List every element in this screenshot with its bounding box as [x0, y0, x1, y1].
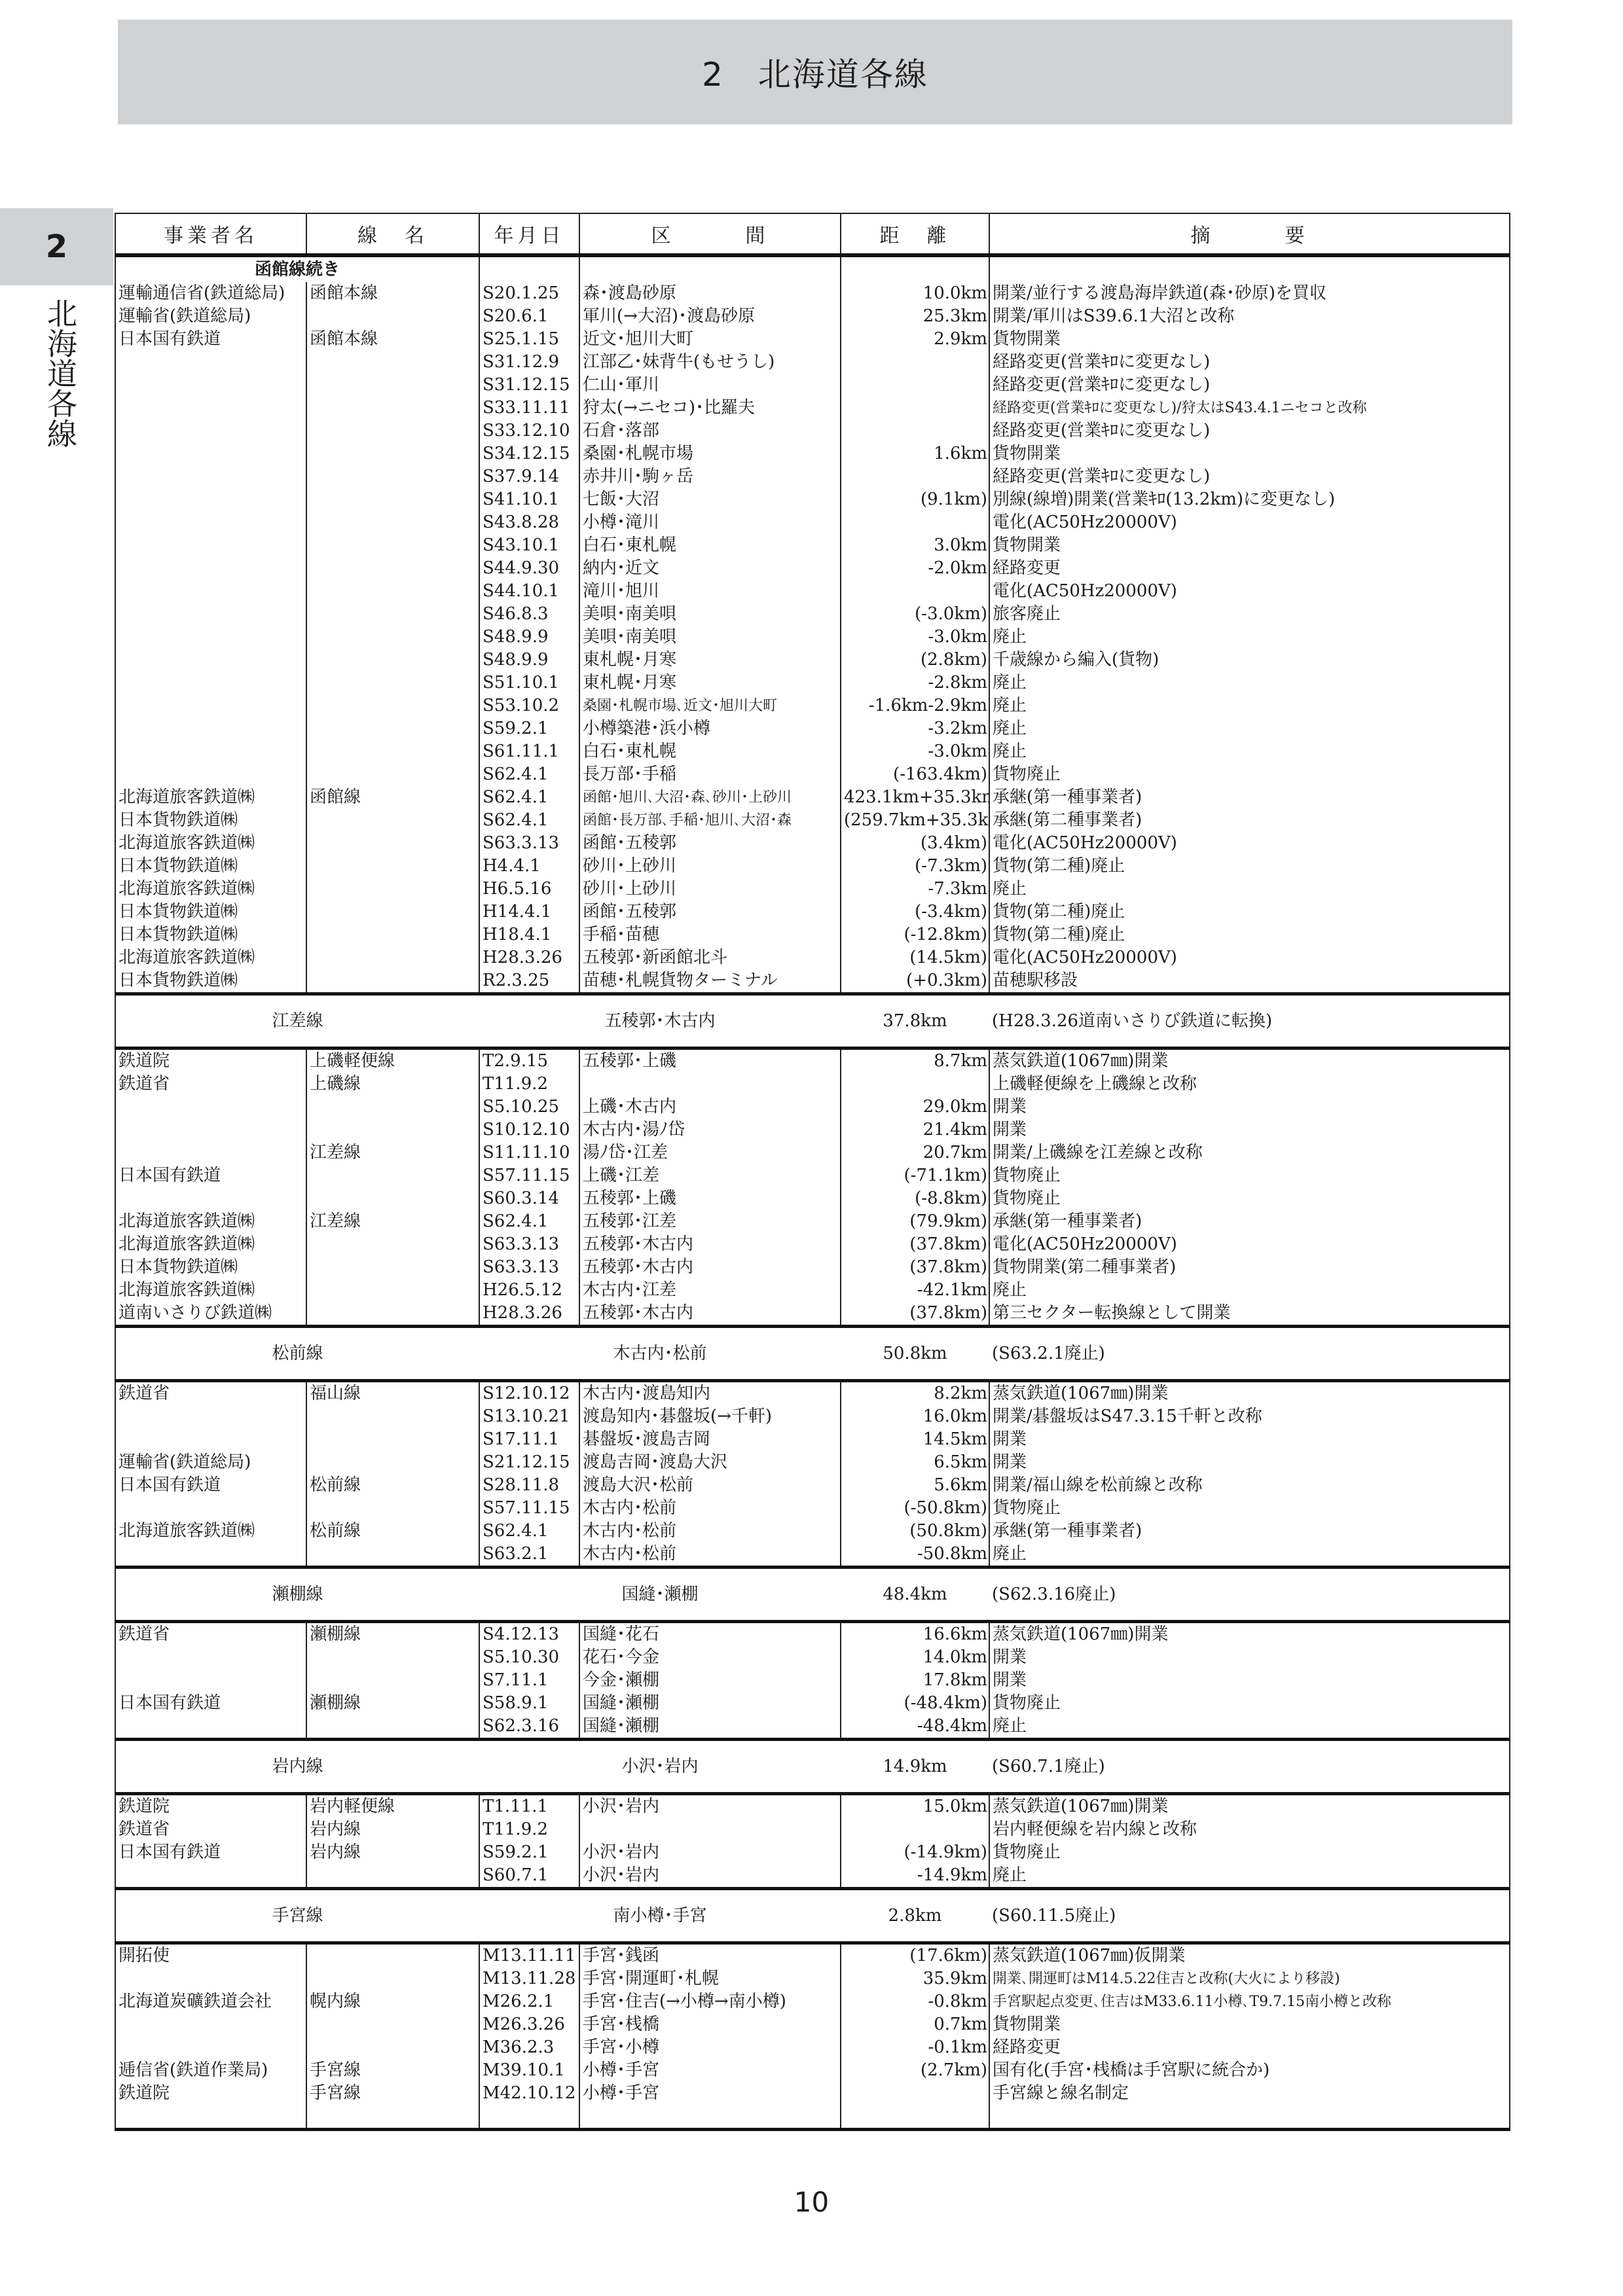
- table-row: 日本国有鉄道松前線S28.11.8渡島大沢･松前5.6km開業/福山線を松前線と…: [115, 1474, 1510, 1497]
- cell-section: 碁盤坂･渡島吉岡: [579, 1428, 841, 1451]
- table-row: S61.11.1白石･東札幌-3.0km廃止: [115, 740, 1510, 763]
- cell-date: S62.4.1: [479, 786, 579, 809]
- cell-section: 苗穂･札幌貨物ターミナル: [579, 969, 841, 994]
- cell-line-name: [306, 1096, 479, 1119]
- cell-summary: 貨物廃止: [989, 763, 1510, 786]
- table-row: 北海道旅客鉄道㈱H28.3.26五稜郭･新函館北斗(14.5km)電化(AC50…: [115, 946, 1510, 969]
- table-row: 鉄道省瀬棚線S4.12.13国縫･花石16.6km蒸気鉄道(1067㎜)開業: [115, 1622, 1510, 1647]
- cell-line-name: [306, 511, 479, 534]
- cell-line-name: 函館線: [306, 786, 479, 809]
- cell-line-name: [306, 2105, 479, 2130]
- chapter-title: 2 北海道各線: [702, 48, 928, 96]
- cell-operator: [115, 2013, 306, 2036]
- cell-date: S11.11.10: [479, 1141, 579, 1164]
- cell-date: S63.2.1: [479, 1543, 579, 1568]
- cell-summary: 開業/軍川はS39.6.1大沼と改称: [989, 305, 1510, 328]
- cell-summary: 開業: [989, 1646, 1510, 1669]
- cell-section: 国縫･瀬棚: [579, 1715, 841, 1740]
- cell-operator: [115, 1119, 306, 1141]
- cell-section: 国縫･瀬棚: [579, 1692, 841, 1715]
- table-row: S43.8.28小樽･滝川電化(AC50Hz20000V): [115, 511, 1510, 534]
- cell-date: S20.1.25: [479, 282, 579, 305]
- section-header-row: 瀬棚線国縫･瀬棚48.4km(S62.3.16廃止): [115, 1568, 1510, 1622]
- cell-date: H28.3.26: [479, 946, 579, 969]
- column-header-operator: 事業者名: [115, 213, 306, 255]
- table-row: S5.10.30花石･今金14.0km開業: [115, 1646, 1510, 1669]
- cell-date: H26.5.12: [479, 1279, 579, 1302]
- cell-distance: (2.8km): [841, 649, 989, 672]
- section-range: 五稜郭･木古内: [479, 994, 841, 1049]
- cell-summary: 廃止: [989, 1543, 1510, 1568]
- section-distance: 48.4km: [841, 1568, 989, 1622]
- cell-summary: 承継(第一種事業者): [989, 786, 1510, 809]
- cell-summary: 貨物開業: [989, 442, 1510, 465]
- cell-operator: 日本貨物鉄道㈱: [115, 969, 306, 994]
- cell-operator: [115, 351, 306, 374]
- empty-cell: [479, 255, 579, 282]
- cell-distance: 21.4km: [841, 1119, 989, 1141]
- cell-operator: [115, 740, 306, 763]
- cell-line-name: [306, 626, 479, 649]
- cell-operator: [115, 626, 306, 649]
- cell-section: 東札幌･月寒: [579, 649, 841, 672]
- cell-section: 五稜郭･上磯: [579, 1049, 841, 1073]
- cell-distance: [841, 397, 989, 420]
- cell-summary: 蒸気鉄道(1067㎜)開業: [989, 1794, 1510, 1819]
- cell-section: 国縫･花石: [579, 1622, 841, 1647]
- cell-date: S20.6.1: [479, 305, 579, 328]
- cell-summary: 手宮線と線名制定: [989, 2082, 1510, 2105]
- cell-distance: (37.8km): [841, 1256, 989, 1279]
- cell-operator: [115, 488, 306, 511]
- cell-distance: (259.7km+35.3km): [841, 809, 989, 832]
- table-row: S48.9.9東札幌･月寒(2.8km)千歳線から編入(貨物): [115, 649, 1510, 672]
- cell-line-name: [306, 465, 479, 488]
- cell-operator: 北海道旅客鉄道㈱: [115, 1520, 306, 1543]
- section-distance: 50.8km: [841, 1327, 989, 1381]
- column-header-section: 区 間: [579, 213, 841, 255]
- cell-summary: 経路変更(営業ｷﾛに変更なし): [989, 420, 1510, 442]
- cell-date: S48.9.9: [479, 626, 579, 649]
- cell-operator: 日本貨物鉄道㈱: [115, 924, 306, 946]
- cell-distance: 3.0km: [841, 534, 989, 557]
- cell-distance: (-14.9km): [841, 1841, 989, 1864]
- cell-line-name: 瀬棚線: [306, 1622, 479, 1647]
- cell-section: 狩太(→ニセコ)･比羅夫: [579, 397, 841, 420]
- table-row: 鉄道院手宮線M42.10.12小樽･手宮手宮線と線名制定: [115, 2082, 1510, 2105]
- cell-line-name: 岩内軽便線: [306, 1794, 479, 1819]
- table-row: S62.4.1長万部･手稲(-163.4km)貨物廃止: [115, 763, 1510, 786]
- cell-summary: 経路変更(営業ｷﾛに変更なし): [989, 374, 1510, 397]
- cell-operator: 日本貨物鉄道㈱: [115, 1256, 306, 1279]
- cell-section: 赤井川･駒ヶ岳: [579, 465, 841, 488]
- cell-date: S41.10.1: [479, 488, 579, 511]
- cell-date: S62.4.1: [479, 763, 579, 786]
- cell-line-name: 江差線: [306, 1141, 479, 1164]
- cell-line-name: [306, 717, 479, 740]
- cell-summary: 開業/並行する渡島海岸鉄道(森･砂原)を買収: [989, 282, 1510, 305]
- cell-summary: 貨物廃止: [989, 1187, 1510, 1210]
- cell-distance: (-71.1km): [841, 1164, 989, 1187]
- cell-distance: (9.1km): [841, 488, 989, 511]
- cell-operator: [115, 2036, 306, 2059]
- cell-section: 小樽築港･浜小樽: [579, 717, 841, 740]
- cell-date: S25.1.15: [479, 328, 579, 351]
- cell-section: 花石･今金: [579, 1646, 841, 1669]
- cell-line-name: [306, 2036, 479, 2059]
- table-row: S5.10.25上磯･木古内29.0km開業: [115, 1096, 1510, 1119]
- cell-distance: 15.0km: [841, 1794, 989, 1819]
- section-range: 小沢･岩内: [479, 1740, 841, 1794]
- table-row: 鉄道省岩内線T11.9.2岩内軽便線を岩内線と改称: [115, 1818, 1510, 1841]
- section-note: (S62.3.16廃止): [989, 1568, 1510, 1622]
- cell-operator: [115, 1715, 306, 1740]
- table-row: 日本貨物鉄道㈱H14.4.1函館･五稜郭(-3.4km)貨物(第二種)廃止: [115, 901, 1510, 924]
- cell-distance: (+0.3km): [841, 969, 989, 994]
- cell-date: S13.10.21: [479, 1405, 579, 1428]
- cell-section: 五稜郭･江差: [579, 1210, 841, 1233]
- cell-operator: [115, 397, 306, 420]
- cell-operator: [115, 717, 306, 740]
- cell-summary: 蒸気鉄道(1067㎜)開業: [989, 1381, 1510, 1406]
- cell-operator: 鉄道省: [115, 1381, 306, 1406]
- cell-date: S44.9.30: [479, 557, 579, 580]
- table-row: S62.3.16国縫･瀬棚-48.4km廃止: [115, 1715, 1510, 1740]
- cell-line-name: 幌内線: [306, 1990, 479, 2013]
- table-row: S53.10.2桑園･札幌市場､近文･旭川大町-1.6km-2.9km廃止: [115, 694, 1510, 717]
- cell-distance: -2.0km: [841, 557, 989, 580]
- cell-section: 木古内･湯ﾉ岱: [579, 1119, 841, 1141]
- table-row: S43.10.1白石･東札幌3.0km貨物開業: [115, 534, 1510, 557]
- table-row: S44.9.30納内･近文-2.0km経路変更: [115, 557, 1510, 580]
- table-row: 開拓使M13.11.11手宮･銭函(17.6km)蒸気鉄道(1067㎜)仮開業: [115, 1943, 1510, 1968]
- cell-section: 美唄･南美唄: [579, 603, 841, 626]
- section-distance: 14.9km: [841, 1740, 989, 1794]
- cell-section: 納内･近文: [579, 557, 841, 580]
- section-line-name: 手宮線: [115, 1889, 479, 1943]
- cell-distance: 35.9km: [841, 1967, 989, 1990]
- section-range: 国縫･瀬棚: [479, 1568, 841, 1622]
- cell-operator: 道南いさりび鉄道㈱: [115, 1302, 306, 1327]
- cell-line-name: 松前線: [306, 1520, 479, 1543]
- cell-line-name: [306, 351, 479, 374]
- cell-operator: 日本貨物鉄道㈱: [115, 901, 306, 924]
- cell-section: 長万部･手稲: [579, 763, 841, 786]
- cell-summary: 開業/福山線を松前線と改称: [989, 1474, 1510, 1497]
- section-range: 木古内･松前: [479, 1327, 841, 1381]
- cell-distance: -7.3km: [841, 878, 989, 901]
- table-row: 鉄道院岩内軽便線T1.11.1小沢･岩内15.0km蒸気鉄道(1067㎜)開業: [115, 1794, 1510, 1819]
- cell-line-name: [306, 1428, 479, 1451]
- cell-date: S33.11.11: [479, 397, 579, 420]
- cell-operator: 日本貨物鉄道㈱: [115, 809, 306, 832]
- table-row: 鉄道省上磯線T11.9.2上磯軽便線を上磯線と改称: [115, 1073, 1510, 1096]
- cell-line-name: 福山線: [306, 1381, 479, 1406]
- table-row: M26.3.26手宮･桟橋0.7km貨物開業: [115, 2013, 1510, 2036]
- table-row: S10.12.10木古内･湯ﾉ岱21.4km開業: [115, 1119, 1510, 1141]
- cell-summary: 承継(第二種事業者): [989, 809, 1510, 832]
- cell-date: T1.11.1: [479, 1794, 579, 1819]
- cell-line-name: [306, 809, 479, 832]
- cell-summary: 電化(AC50Hz20000V): [989, 832, 1510, 855]
- cell-section: 五稜郭･上磯: [579, 1187, 841, 1210]
- cell-distance: [841, 2105, 989, 2130]
- cell-section: [579, 1073, 841, 1096]
- cell-summary: 開業: [989, 1096, 1510, 1119]
- cell-line-name: [306, 855, 479, 878]
- table-row: 北海道旅客鉄道㈱江差線S62.4.1五稜郭･江差(79.9km)承継(第一種事業…: [115, 1210, 1510, 1233]
- cell-line-name: 江差線: [306, 1210, 479, 1233]
- table-row: 江差線S11.11.10湯ﾉ岱･江差20.7km開業/上磯線を江差線と改称: [115, 1141, 1510, 1164]
- cell-line-name: [306, 557, 479, 580]
- cell-summary: 廃止: [989, 717, 1510, 740]
- cell-summary: 承継(第一種事業者): [989, 1210, 1510, 1233]
- cell-date: M13.11.11: [479, 1943, 579, 1968]
- cell-section: 白石･東札幌: [579, 534, 841, 557]
- cell-summary: 貨物開業(第二種事業者): [989, 1256, 1510, 1279]
- column-header-summary: 摘 要: [989, 213, 1510, 255]
- cell-summary: 開業/碁盤坂はS47.3.15千軒と改称: [989, 1405, 1510, 1428]
- cell-distance: 20.7km: [841, 1141, 989, 1164]
- cell-summary: 貨物(第二種)廃止: [989, 901, 1510, 924]
- table-row: S60.3.14五稜郭･上磯(-8.8km)貨物廃止: [115, 1187, 1510, 1210]
- cell-section: 木古内･松前: [579, 1543, 841, 1568]
- cell-summary: 貨物廃止: [989, 1164, 1510, 1187]
- cell-summary: 経路変更(営業ｷﾛに変更なし): [989, 465, 1510, 488]
- cell-summary: 貨物開業: [989, 534, 1510, 557]
- cell-line-name: [306, 1497, 479, 1520]
- section-header-row: 江差線五稜郭･木古内37.8km(H28.3.26道南いさりび鉄道に転換): [115, 994, 1510, 1049]
- table-row: S34.12.15桑園･札幌市場1.6km貨物開業: [115, 442, 1510, 465]
- cell-section: 美唄･南美唄: [579, 626, 841, 649]
- table-row: 運輸省(鉄道総局)S20.6.1軍川(→大沼)･渡島砂原25.3km開業/軍川は…: [115, 305, 1510, 328]
- cell-distance: 25.3km: [841, 305, 989, 328]
- cell-date: T11.9.2: [479, 1818, 579, 1841]
- cell-operator: [115, 511, 306, 534]
- cell-summary: 開業/上磯線を江差線と改称: [989, 1141, 1510, 1164]
- cell-operator: 鉄道省: [115, 1818, 306, 1841]
- cell-date: S10.12.10: [479, 1119, 579, 1141]
- cell-distance: 6.5km: [841, 1451, 989, 1474]
- table-body: 函館線続き運輸通信省(鉄道総局)函館本線S20.1.25森･渡島砂原10.0km…: [115, 255, 1510, 2130]
- table-row: 日本国有鉄道岩内線S59.2.1小沢･岩内(-14.9km)貨物廃止: [115, 1841, 1510, 1864]
- cell-date: T2.9.15: [479, 1049, 579, 1073]
- cell-operator: 運輸通信省(鉄道総局): [115, 282, 306, 305]
- cell-section: 小沢･岩内: [579, 1841, 841, 1864]
- table-row: S63.2.1木古内･松前-50.8km廃止: [115, 1543, 1510, 1568]
- cell-operator: 日本貨物鉄道㈱: [115, 855, 306, 878]
- cell-summary: 上磯軽便線を上磯線と改称: [989, 1073, 1510, 1096]
- cell-date: S34.12.15: [479, 442, 579, 465]
- cell-date: T11.9.2: [479, 1073, 579, 1096]
- cell-operator: [115, 1187, 306, 1210]
- cell-distance: 8.7km: [841, 1049, 989, 1073]
- table-row: S33.12.10石倉･落部経路変更(営業ｷﾛに変更なし): [115, 420, 1510, 442]
- cell-line-name: [306, 305, 479, 328]
- cell-operator: 日本国有鉄道: [115, 328, 306, 351]
- cell-section: 函館･五稜郭: [579, 832, 841, 855]
- cell-operator: [115, 1967, 306, 1990]
- cell-distance: (17.6km): [841, 1943, 989, 1968]
- cell-date: S37.9.14: [479, 465, 579, 488]
- cell-date: S63.3.13: [479, 1256, 579, 1279]
- cell-distance: (37.8km): [841, 1233, 989, 1256]
- cell-date: S59.2.1: [479, 1841, 579, 1864]
- cell-date: S63.3.13: [479, 832, 579, 855]
- cell-summary: 廃止: [989, 672, 1510, 694]
- table-row: S17.11.1碁盤坂･渡島吉岡14.5km開業: [115, 1428, 1510, 1451]
- table-row: 北海道旅客鉄道㈱H6.5.16砂川･上砂川-7.3km廃止: [115, 878, 1510, 901]
- cell-summary: 第三セクター転換線として開業: [989, 1302, 1510, 1327]
- cell-section: 湯ﾉ岱･江差: [579, 1141, 841, 1164]
- cell-line-name: [306, 488, 479, 511]
- cell-section: 砂川･上砂川: [579, 855, 841, 878]
- cell-operator: [115, 1096, 306, 1119]
- cell-date: S44.10.1: [479, 580, 579, 603]
- cell-line-name: [306, 1451, 479, 1474]
- cell-operator: [115, 603, 306, 626]
- cell-distance: [841, 511, 989, 534]
- cell-distance: (14.5km): [841, 946, 989, 969]
- railway-history-table: 事業者名 線 名 年月日 区 間 距 離 摘 要 函館線続き運輸通信省(鉄道総局…: [115, 213, 1510, 2131]
- table-row: S44.10.1滝川･旭川電化(AC50Hz20000V): [115, 580, 1510, 603]
- table-header-row: 事業者名 線 名 年月日 区 間 距 離 摘 要: [115, 213, 1510, 255]
- cell-summary: 蒸気鉄道(1067㎜)仮開業: [989, 1943, 1510, 1968]
- cell-date: S31.12.9: [479, 351, 579, 374]
- cell-section: 手宮･桟橋: [579, 2013, 841, 2036]
- cell-operator: [115, 649, 306, 672]
- cell-summary: 貨物開業: [989, 328, 1510, 351]
- section-continuation-row: 函館線続き: [115, 255, 1510, 282]
- cell-date: H14.4.1: [479, 901, 579, 924]
- cell-distance: -2.8km: [841, 672, 989, 694]
- table-row: S41.10.1七飯･大沼(9.1km)別線(線増)開業(営業ｷﾛ(13.2km…: [115, 488, 1510, 511]
- table-row: S7.11.1今金･瀬棚17.8km開業: [115, 1669, 1510, 1692]
- section-range: 南小樽･手宮: [479, 1889, 841, 1943]
- empty-cell: [579, 255, 841, 282]
- cell-date: S7.11.1: [479, 1669, 579, 1692]
- cell-section: 滝川･旭川: [579, 580, 841, 603]
- section-line-name: 岩内線: [115, 1740, 479, 1794]
- cell-distance: 0.7km: [841, 2013, 989, 2036]
- cell-section: 五稜郭･木古内: [579, 1302, 841, 1327]
- cell-distance: [841, 1818, 989, 1841]
- table-row: S13.10.21渡島知内･碁盤坂(→千軒)16.0km開業/碁盤坂はS47.3…: [115, 1405, 1510, 1428]
- cell-line-name: [306, 946, 479, 969]
- table-row: 日本貨物鉄道㈱H4.4.1砂川･上砂川(-7.3km)貨物(第二種)廃止: [115, 855, 1510, 878]
- cell-summary: 手宮駅起点変更､住吉はM33.6.11小樽､T9.7.15南小樽と改称: [989, 1990, 1510, 2013]
- cell-distance: (-3.4km): [841, 901, 989, 924]
- cell-line-name: [306, 832, 479, 855]
- cell-date: M26.2.1: [479, 1990, 579, 2013]
- section-note: (S63.2.1廃止): [989, 1327, 1510, 1381]
- cell-section: 函館･五稜郭: [579, 901, 841, 924]
- cell-date: H18.4.1: [479, 924, 579, 946]
- cell-summary: 経路変更: [989, 557, 1510, 580]
- table-row: S59.2.1小樽築港･浜小樽-3.2km廃止: [115, 717, 1510, 740]
- cell-distance: (-50.8km): [841, 1497, 989, 1520]
- table-row: 北海道炭礦鉄道会社幌内線M26.2.1手宮･住吉(→小樽→南小樽)-0.8km手…: [115, 1990, 1510, 2013]
- cell-line-name: [306, 1864, 479, 1889]
- cell-distance: -14.9km: [841, 1864, 989, 1889]
- cell-distance: (3.4km): [841, 832, 989, 855]
- cell-line-name: 松前線: [306, 1474, 479, 1497]
- table-row: 北海道旅客鉄道㈱函館線S62.4.1函館･旭川､大沼･森､砂川･上砂川423.1…: [115, 786, 1510, 809]
- cell-summary: 開業: [989, 1428, 1510, 1451]
- table-row: 日本国有鉄道S57.11.15上磯･江差(-71.1km)貨物廃止: [115, 1164, 1510, 1187]
- cell-section: 桑園･札幌市場､近文･旭川大町: [579, 694, 841, 717]
- cell-date: R2.3.25: [479, 969, 579, 994]
- cell-date: S58.9.1: [479, 1692, 579, 1715]
- cell-summary: 経路変更(営業ｷﾛに変更なし): [989, 351, 1510, 374]
- cell-section: 上磯･木古内: [579, 1096, 841, 1119]
- cell-section: 上磯･江差: [579, 1164, 841, 1187]
- cell-summary: 別線(線増)開業(営業ｷﾛ(13.2km)に変更なし): [989, 488, 1510, 511]
- cell-summary: 廃止: [989, 626, 1510, 649]
- cell-summary: 廃止: [989, 1715, 1510, 1740]
- cell-section: 渡島吉岡･渡島大沢: [579, 1451, 841, 1474]
- cell-section: 白石･東札幌: [579, 740, 841, 763]
- cell-operator: [115, 557, 306, 580]
- cell-section: [579, 2105, 841, 2130]
- cell-operator: 北海道旅客鉄道㈱: [115, 878, 306, 901]
- cell-date: S12.10.12: [479, 1381, 579, 1406]
- table-row: 日本国有鉄道瀬棚線S58.9.1国縫･瀬棚(-48.4km)貨物廃止: [115, 1692, 1510, 1715]
- table-row: S31.12.15仁山･軍川経路変更(営業ｷﾛに変更なし): [115, 374, 1510, 397]
- cell-summary: 開業､開運町はM14.5.22住吉と改称(大火により移設): [989, 1967, 1510, 1990]
- table-row: 日本貨物鉄道㈱H18.4.1手稲･苗穂(-12.8km)貨物(第二種)廃止: [115, 924, 1510, 946]
- cell-distance: (2.7km): [841, 2059, 989, 2082]
- cell-summary: 蒸気鉄道(1067㎜)開業: [989, 1049, 1510, 1073]
- table-row: 北海道旅客鉄道㈱S63.3.13函館･五稜郭(3.4km)電化(AC50Hz20…: [115, 832, 1510, 855]
- cell-operator: [115, 420, 306, 442]
- cell-distance: 1.6km: [841, 442, 989, 465]
- cell-operator: 鉄道省: [115, 1622, 306, 1647]
- cell-date: H28.3.26: [479, 1302, 579, 1327]
- cell-summary: 電化(AC50Hz20000V): [989, 1233, 1510, 1256]
- cell-section: 五稜郭･木古内: [579, 1256, 841, 1279]
- cell-section: 小樽･手宮: [579, 2059, 841, 2082]
- cell-line-name: [306, 1233, 479, 1256]
- cell-distance: 5.6km: [841, 1474, 989, 1497]
- cell-operator: [115, 465, 306, 488]
- cell-distance: (37.8km): [841, 1302, 989, 1327]
- cell-operator: 逓信省(鉄道作業局): [115, 2059, 306, 2082]
- cell-section: 小樽･滝川: [579, 511, 841, 534]
- cell-section: 今金･瀬棚: [579, 1669, 841, 1692]
- section-line-name: 松前線: [115, 1327, 479, 1381]
- cell-date: S53.10.2: [479, 694, 579, 717]
- cell-date: M13.11.28: [479, 1967, 579, 1990]
- cell-line-name: 函館本線: [306, 328, 479, 351]
- cell-summary: 開業: [989, 1451, 1510, 1474]
- cell-operator: [115, 1428, 306, 1451]
- cell-distance: 8.2km: [841, 1381, 989, 1406]
- cell-distance: -50.8km: [841, 1543, 989, 1568]
- cell-operator: [115, 2105, 306, 2130]
- table-row: 鉄道院上磯軽便線T2.9.15五稜郭･上磯8.7km蒸気鉄道(1067㎜)開業: [115, 1049, 1510, 1073]
- table-row: 日本貨物鉄道㈱S63.3.13五稜郭･木古内(37.8km)貨物開業(第二種事業…: [115, 1256, 1510, 1279]
- cell-distance: (-12.8km): [841, 924, 989, 946]
- cell-section: 石倉･落部: [579, 420, 841, 442]
- table-row: M36.2.3手宮･小樽-0.1km経路変更: [115, 2036, 1510, 2059]
- cell-date: S57.11.15: [479, 1497, 579, 1520]
- table-row: 日本貨物鉄道㈱S62.4.1函館･長万部､手稲･旭川､大沼･森(259.7km+…: [115, 809, 1510, 832]
- cell-date: M39.10.1: [479, 2059, 579, 2082]
- cell-line-name: [306, 901, 479, 924]
- cell-date: M26.3.26: [479, 2013, 579, 2036]
- cell-line-name: [306, 672, 479, 694]
